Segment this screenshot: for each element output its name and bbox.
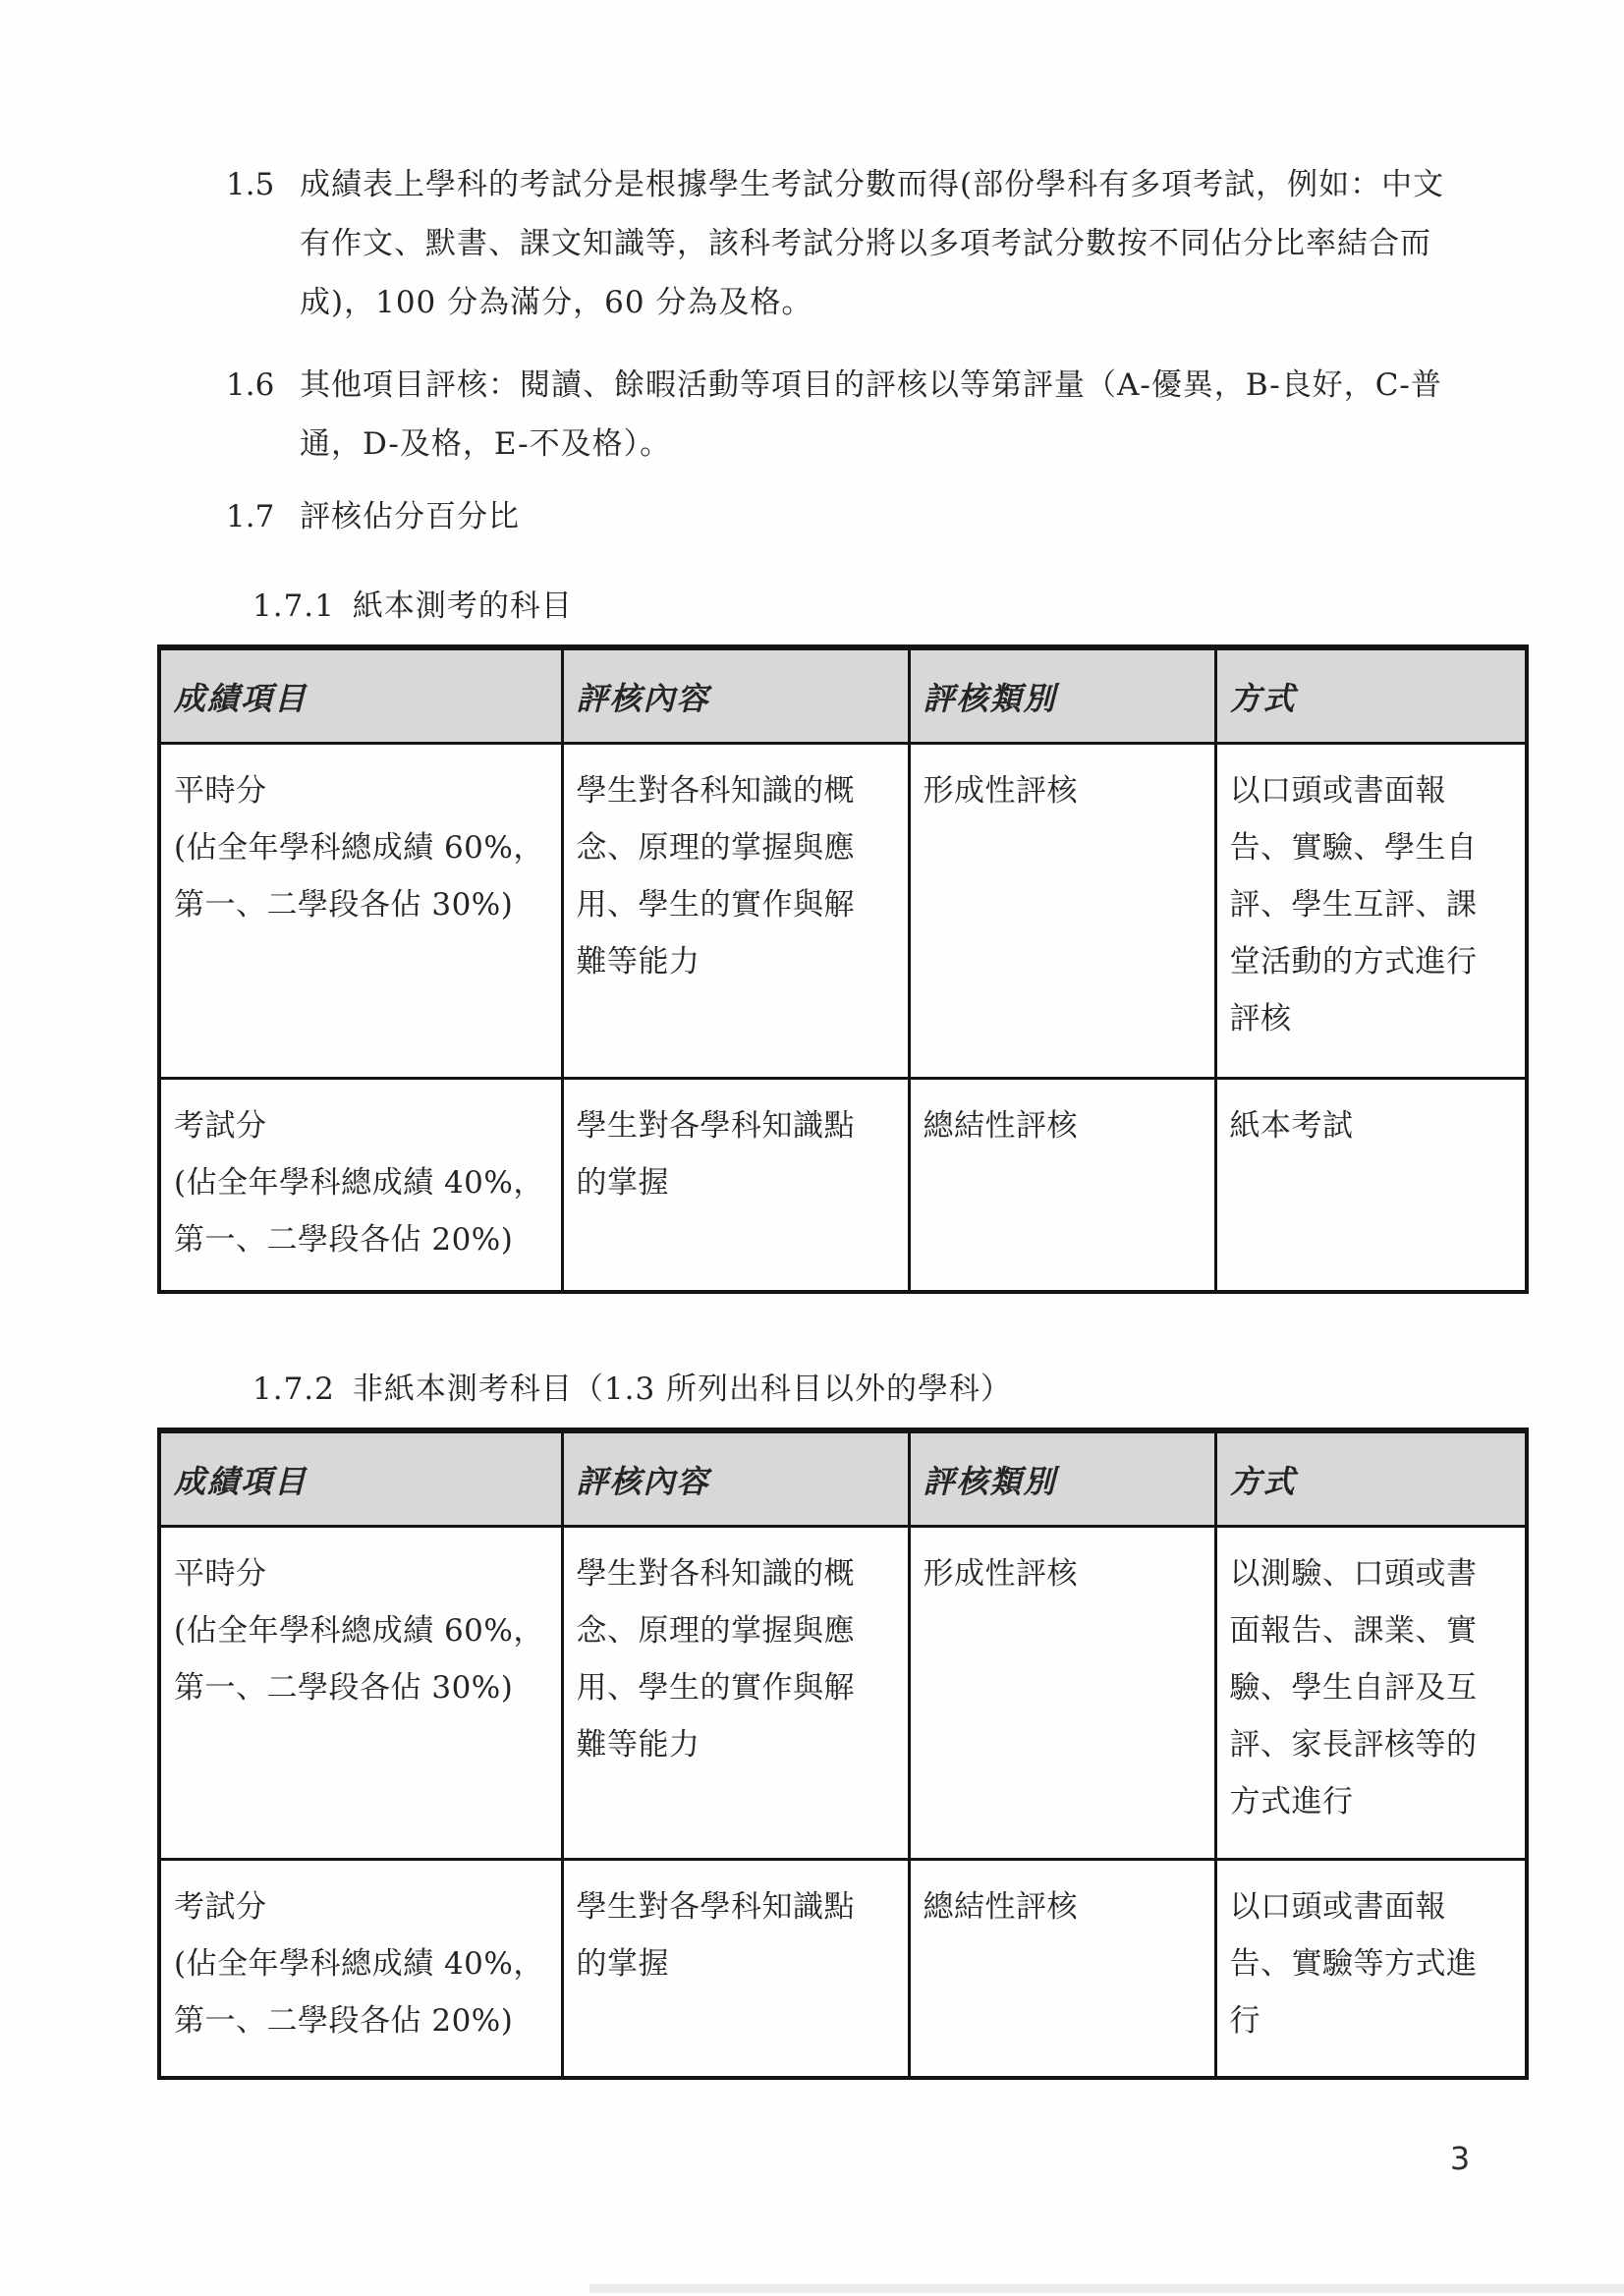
section-1-5: 1.5 成績表上學科的考試分是根據學生考試分數而得(部份學科有多項考試，例如：中… xyxy=(226,155,1486,332)
non-paper-based-assessment-table: 成績項目 評核內容 評核類別 方式 平時分 (佔全年學科總成績 60%， 第一、… xyxy=(157,1428,1529,2080)
header-assessment-content: 評核內容 xyxy=(562,647,909,744)
section-text: 評核佔分百分比 xyxy=(300,487,1486,546)
cell-method: 以口頭或書面報 告、實驗、學生自 評、學生互評、課 堂活動的方式進行 評核 xyxy=(1215,744,1527,1079)
cell-assessment-type: 形成性評核 xyxy=(909,1527,1215,1860)
cell-method: 紙本考試 xyxy=(1215,1079,1527,1293)
cell-assessment-type: 總結性評核 xyxy=(909,1860,1215,2079)
cell-assessment-type: 總結性評核 xyxy=(909,1079,1215,1293)
section-number: 1.6 xyxy=(226,356,300,474)
section-1-6: 1.6 其他項目評核：閱讀、餘暇活動等項目的評核以等第評量（A-優異，B-良好，… xyxy=(226,356,1486,474)
header-method: 方式 xyxy=(1215,647,1527,744)
subsection-number: 1.7.2 xyxy=(252,1359,335,1420)
scan-artifact-bar xyxy=(589,2284,1624,2293)
document-page: 1.5 成績表上學科的考試分是根據學生考試分數而得(部份學科有多項考試，例如：中… xyxy=(0,0,1624,2296)
section-number: 1.5 xyxy=(226,155,300,332)
cell-assessment-content: 學生對各科知識的概 念、原理的掌握與應 用、學生的實作與解 難等能力 xyxy=(562,744,909,1079)
header-assessment-type: 評核類別 xyxy=(909,1430,1215,1527)
table-row: 平時分 (佔全年學科總成績 60%， 第一、二學段各佔 30%) 學生對各科知識… xyxy=(159,744,1527,1079)
cell-method: 以口頭或書面報 告、實驗等方式進 行 xyxy=(1215,1860,1527,2079)
header-grade-item: 成績項目 xyxy=(159,647,562,744)
section-number: 1.7 xyxy=(226,487,300,546)
table-row: 考試分 (佔全年學科總成績 40%， 第一、二學段各佔 20%) 學生對各學科知… xyxy=(159,1860,1527,2079)
section-text: 成績表上學科的考試分是根據學生考試分數而得(部份學科有多項考試，例如：中文 有作… xyxy=(300,155,1486,332)
cell-grade-item: 平時分 (佔全年學科總成績 60%， 第一、二學段各佔 30%) xyxy=(159,744,562,1079)
section-1-7: 1.7 評核佔分百分比 xyxy=(226,487,1486,546)
cell-method: 以測驗、口頭或書 面報告、課業、實 驗、學生自評及互 評、家長評核等的 方式進行 xyxy=(1215,1527,1527,1860)
cell-grade-item: 考試分 (佔全年學科總成績 40%， 第一、二學段各佔 20%) xyxy=(159,1860,562,2079)
page-content: 1.5 成績表上學科的考試分是根據學生考試分數而得(部份學科有多項考試，例如：中… xyxy=(157,0,1525,2080)
cell-grade-item: 考試分 (佔全年學科總成績 40%， 第一、二學段各佔 20%) xyxy=(159,1079,562,1293)
header-assessment-type: 評核類別 xyxy=(909,647,1215,744)
cell-grade-item: 平時分 (佔全年學科總成績 60%， 第一、二學段各佔 30%) xyxy=(159,1527,562,1860)
header-grade-item: 成績項目 xyxy=(159,1430,562,1527)
subsection-title: 紙本測考的科目 xyxy=(353,576,573,637)
table-row: 平時分 (佔全年學科總成績 60%， 第一、二學段各佔 30%) 學生對各科知識… xyxy=(159,1527,1527,1860)
table-row: 考試分 (佔全年學科總成績 40%， 第一、二學段各佔 20%) 學生對各學科知… xyxy=(159,1079,1527,1293)
subsection-1-7-2-heading: 1.7.2 非紙本測考科目（1.3 所列出科目以外的學科） xyxy=(252,1359,1525,1420)
subsection-1-7-1-heading: 1.7.1 紙本測考的科目 xyxy=(252,576,1525,637)
header-method: 方式 xyxy=(1215,1430,1527,1527)
header-assessment-content: 評核內容 xyxy=(562,1430,909,1527)
section-text: 其他項目評核：閱讀、餘暇活動等項目的評核以等第評量（A-優異，B-良好，C-普 … xyxy=(300,356,1486,474)
subsection-title: 非紙本測考科目（1.3 所列出科目以外的學科） xyxy=(353,1359,1012,1420)
table-header-row: 成績項目 評核內容 評核類別 方式 xyxy=(159,1430,1527,1527)
cell-assessment-content: 學生對各科知識的概 念、原理的掌握與應 用、學生的實作與解 難等能力 xyxy=(562,1527,909,1860)
table-header-row: 成績項目 評核內容 評核類別 方式 xyxy=(159,647,1527,744)
cell-assessment-content: 學生對各學科知識點 的掌握 xyxy=(562,1079,909,1293)
cell-assessment-content: 學生對各學科知識點 的掌握 xyxy=(562,1860,909,2079)
page-number: 3 xyxy=(1436,2140,1484,2177)
cell-assessment-type: 形成性評核 xyxy=(909,744,1215,1079)
paper-based-assessment-table: 成績項目 評核內容 評核類別 方式 平時分 (佔全年學科總成績 60%， 第一、… xyxy=(157,644,1529,1294)
subsection-number: 1.7.1 xyxy=(252,576,335,637)
